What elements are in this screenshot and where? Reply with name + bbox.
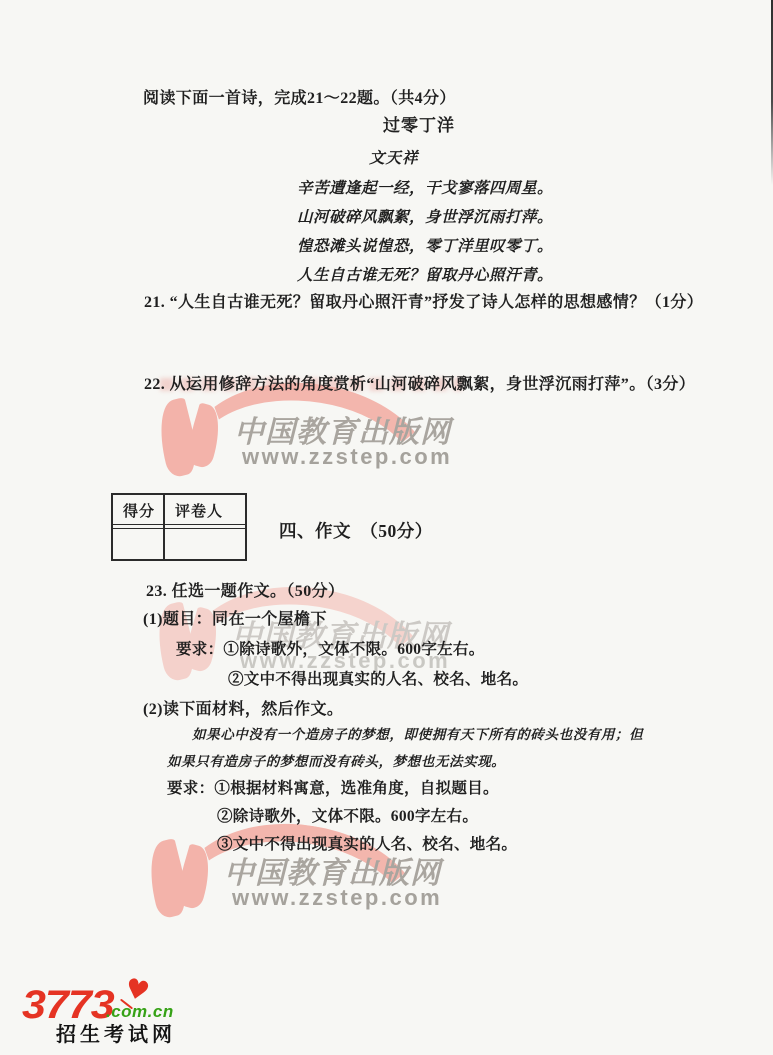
option2-requirement-2: ②除诗歌外，文体不限。600字左右。: [217, 804, 478, 826]
exam-page: 阅读下面一首诗，完成21～22题。（共4分） 过零丁洋 文天祥 辛苦遭逢起一经，…: [0, 0, 773, 1055]
grader-label: 评卷人: [175, 500, 223, 521]
score-box: 得分 评卷人: [111, 493, 247, 561]
poem-line: 辛苦遭逢起一经，干戈寥落四周星。: [297, 176, 553, 198]
poem-line: 惶恐滩头说惶恐，零丁洋里叹零丁。: [297, 234, 553, 256]
material-line-1: 如果心中没有一个造房子的梦想，即使拥有天下所有的砖头也没有用；但: [192, 723, 643, 743]
poem-author: 文天祥: [369, 146, 419, 168]
watermark-site-url: www.zzstep.com: [232, 885, 442, 911]
question-21: 21. “人生自古谁无死？留取丹心照汗青”抒发了诗人怎样的思想感情？（1分）: [144, 289, 703, 312]
material-line-2: 如果只有造房子的梦想而没有砖头，梦想也无法实现。: [167, 750, 505, 770]
poem-line: 人生自古谁无死？留取丹心照汗青。: [297, 263, 553, 285]
question-23-intro: 23. 任选一题作文。（50分）: [146, 578, 344, 601]
reading-section-intro: 阅读下面一首诗，完成21～22题。（共4分）: [143, 85, 456, 108]
option2-requirement-1: 要求：①根据材料寓意，选准角度，自拟题目。: [167, 776, 499, 798]
option1-requirement-1: 要求：①除诗歌外，文体不限。600字左右。: [176, 637, 485, 659]
score-box-divider-horizontal: [113, 528, 245, 529]
option1-title-line: (1)题目：同在一个屋檐下: [143, 606, 327, 629]
logo-tagline: 招生考试网: [56, 1018, 176, 1047]
option2-requirement-3: ③文中不得出现真实的人名、校名、地名。: [217, 832, 517, 854]
site-logo: 3773 .com.cn ♥ 招生考试网: [22, 977, 242, 1052]
option2-intro-line: (2)读下面材料，然后作文。: [143, 696, 343, 719]
poem-line: 山河破碎风飘絮，身世浮沉雨打萍。: [297, 205, 553, 227]
score-box-divider-vertical: [163, 495, 165, 559]
poem-title: 过零丁洋: [383, 111, 455, 136]
score-box-divider-horizontal: [113, 524, 245, 525]
option1-requirement-2: ②文中不得出现真实的人名、校名、地名。: [228, 667, 528, 689]
watermark: 中国教育出版网 www.zzstep.com: [158, 392, 478, 487]
writing-section-heading: 四、作文 （50分）: [279, 518, 433, 543]
watermark-site-url: www.zzstep.com: [242, 444, 452, 470]
score-label: 得分: [123, 500, 155, 521]
question-22: 22. 从运用修辞方法的角度赏析“山河破碎风飘絮，身世浮沉雨打萍”。（3分）: [144, 371, 695, 394]
